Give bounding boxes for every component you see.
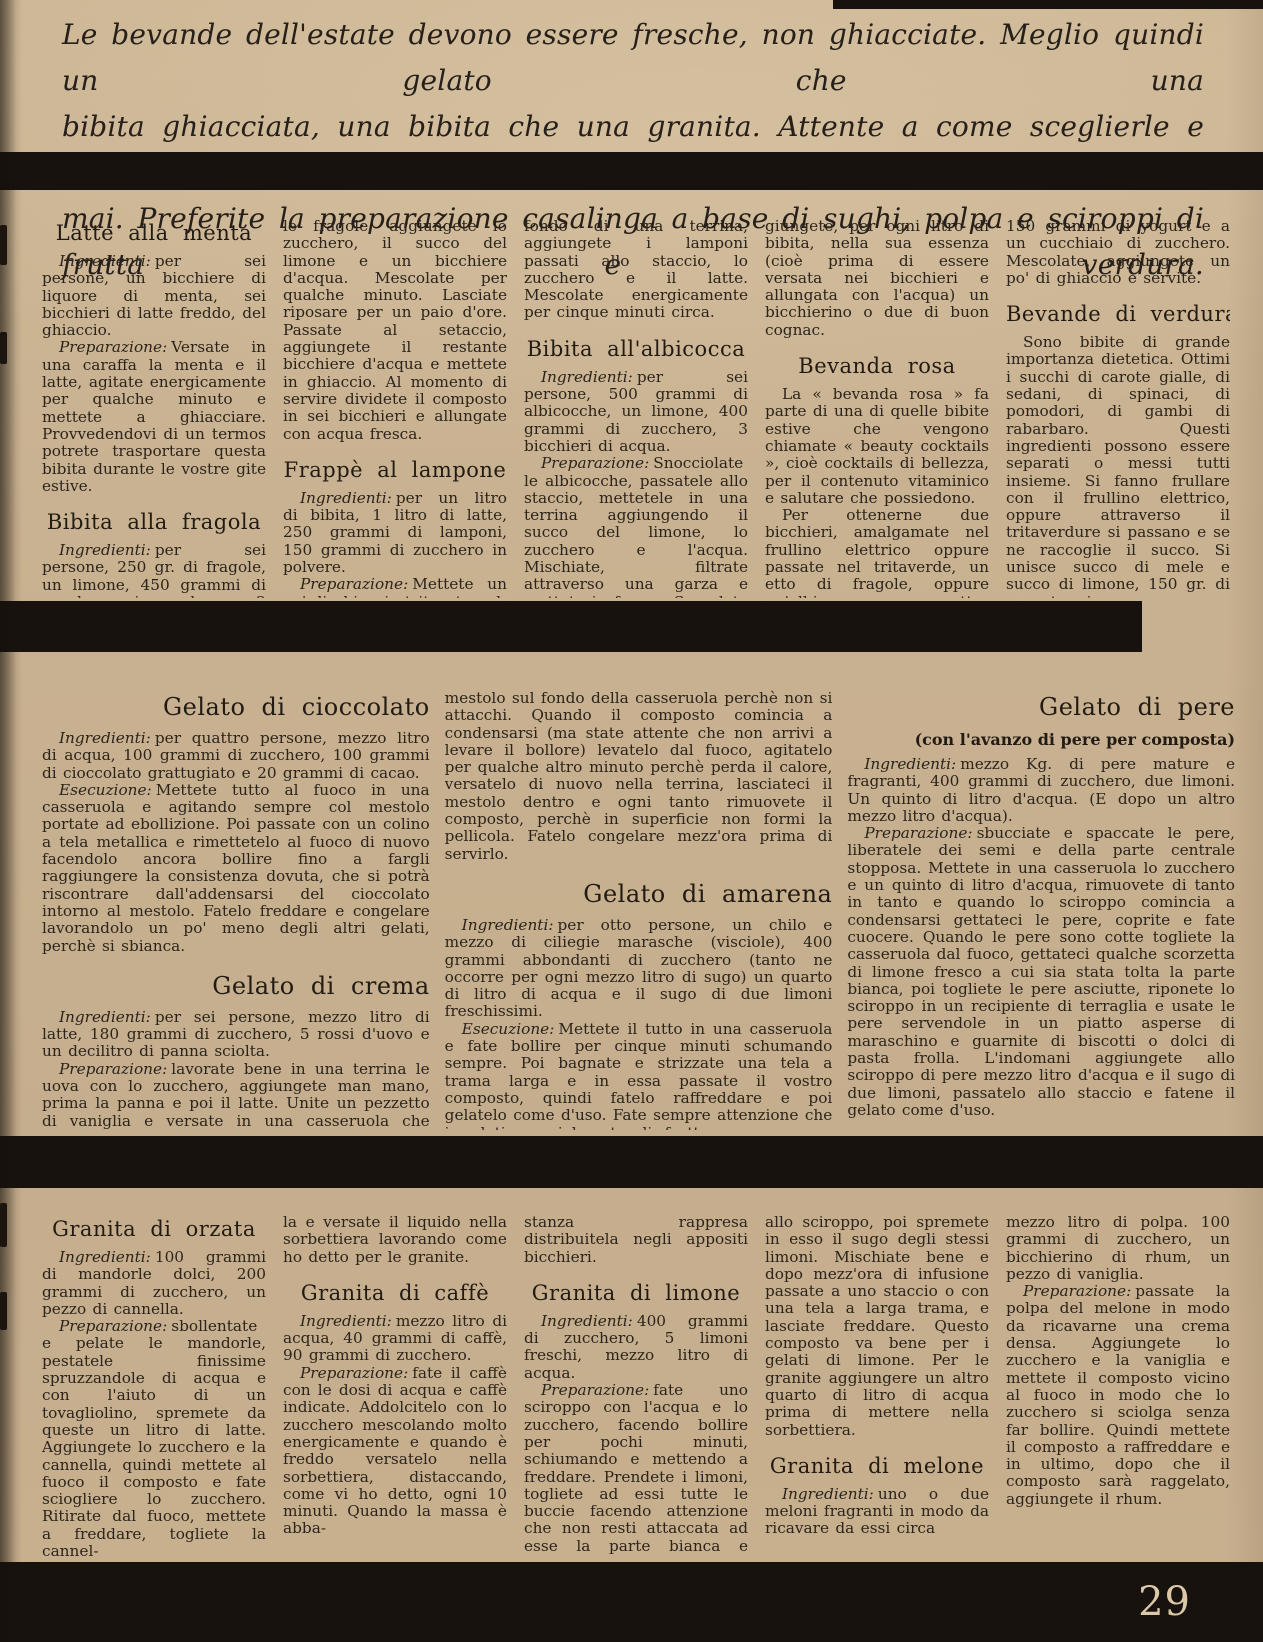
footer-bar: 29 — [0, 1562, 1263, 1642]
paragraph-text: 150 grammi di yogurt e a un cucchiaio di… — [1006, 218, 1230, 287]
text-column: Gelato di pere(con l'avanzo di pere per … — [847, 690, 1235, 1130]
paragraph-lead: Preparazione: — [59, 1060, 171, 1078]
recipe-paragraph: Sono bibite di grande importanza dieteti… — [1006, 334, 1230, 598]
divider-bar-middle-2 — [0, 1136, 1263, 1188]
scan-edge-mark — [0, 1203, 7, 1247]
recipe-paragraph: Preparazione:Mettete un po' di ghiaccio … — [283, 576, 507, 598]
recipe-subtitle: (con l'avanzo di pere per composta) — [847, 730, 1235, 749]
scan-edge-mark — [0, 225, 7, 265]
paragraph-text: Mettete il tutto in una casseruola e fat… — [445, 1020, 833, 1130]
paragraph-text: la e versate il liquido nella sorbettier… — [283, 1214, 507, 1266]
recipe-title: Gelato di crema — [42, 971, 430, 1001]
recipe-paragraph: Per ottenerne due bicchieri, amalgamate … — [765, 507, 989, 598]
page-number: 29 — [1138, 1579, 1191, 1625]
recipe-paragraph: Preparazione:lavorate bene in una terrin… — [42, 1061, 430, 1130]
recipe-paragraph: mezzo litro di polpa. 100 grammi di zucc… — [1006, 1214, 1230, 1283]
recipe-title: Gelato di amarena — [445, 879, 833, 909]
recipe-paragraph: Esecuzione:Mettete tutto al fuoco in una… — [42, 782, 430, 955]
paragraph-text: passate la polpa del melone in modo da r… — [1006, 1282, 1230, 1508]
paragraph-text: stanza rappresa distribuitela negli appo… — [524, 1214, 748, 1266]
recipe-paragraph: Ingredienti:per sei persone, 250 gr. di … — [42, 542, 266, 598]
text-column: giungete, per ogni litro di bibita, nell… — [765, 218, 989, 598]
recipe-paragraph: Ingredienti:per sei persone, un bicchier… — [42, 253, 266, 339]
paragraph-lead: Ingredienti: — [59, 729, 155, 747]
recipe-title: Gelato di pere — [847, 692, 1235, 722]
paragraph-lead: Preparazione: — [541, 454, 653, 472]
paragraph-text: allo sciroppo, poi spremete in esso il s… — [765, 1214, 989, 1439]
recipe-paragraph: Ingredienti:400 grammi di zucchero, 5 li… — [524, 1313, 748, 1382]
recipe-paragraph: Ingredienti:mezzo litro di acqua, 40 gra… — [283, 1313, 507, 1365]
paragraph-text: sbucciate e spaccate le pere, liberatele… — [847, 824, 1235, 1119]
recipe-paragraph: Ingredienti:per quattro persone, mezzo l… — [42, 730, 430, 782]
paragraph-text: fate uno sciroppo con l'acqua e lo zucch… — [524, 1381, 748, 1557]
paragraph-lead: Ingredienti: — [59, 541, 155, 559]
text-column: 150 grammi di yogurt e a un cucchiaio di… — [1006, 218, 1230, 598]
recipe-paragraph: allo sciroppo, poi spremete in esso il s… — [765, 1214, 989, 1439]
recipe-paragraph: giungete, per ogni litro di bibita, nell… — [765, 218, 989, 339]
paragraph-lead: Ingredienti: — [300, 489, 396, 507]
paragraph-text: giungete, per ogni litro di bibita, nell… — [765, 218, 989, 339]
paragraph-lead: Ingredienti: — [462, 916, 558, 934]
recipe-paragraph: Ingredienti:per un litro di bibita, 1 li… — [283, 490, 507, 576]
paragraph-lead: Preparazione: — [300, 575, 412, 593]
paragraph-lead: Esecuzione: — [462, 1020, 559, 1038]
recipe-paragraph: Preparazione:sbollentate e pelate le man… — [42, 1318, 266, 1557]
text-column: Granita di orzataIngredienti:100 grammi … — [42, 1214, 266, 1557]
scan-edge-mark — [833, 0, 1263, 9]
recipe-paragraph: la e versate il liquido nella sorbettier… — [283, 1214, 507, 1266]
paragraph-text: le fragole, aggiungete lo zucchero, il s… — [283, 218, 507, 443]
paragraph-lead: Ingredienti: — [59, 1008, 155, 1026]
text-column: la e versate il liquido nella sorbettier… — [283, 1214, 507, 1557]
divider-bar-middle-1 — [0, 601, 1142, 652]
recipe-paragraph: Esecuzione:Mettete il tutto in una casse… — [445, 1021, 833, 1130]
recipe-paragraph: La « bevanda rosa » fa parte di una di q… — [765, 386, 989, 507]
recipe-paragraph: Preparazione:passate la polpa del melone… — [1006, 1283, 1230, 1508]
paragraph-lead: Ingredienti: — [59, 1248, 155, 1266]
recipe-paragraph: 150 grammi di yogurt e a un cucchiaio di… — [1006, 218, 1230, 287]
paragraph-lead: Ingredienti: — [782, 1485, 878, 1503]
recipe-title: Bibita alla fragola — [42, 509, 266, 535]
recipe-paragraph: le fragole, aggiungete lo zucchero, il s… — [283, 218, 507, 443]
recipe-title: Frappè al lampone — [283, 457, 507, 483]
paragraph-text: La « bevanda rosa » fa parte di una di q… — [765, 385, 989, 507]
paragraph-text: mestolo sul fondo della casseruola perch… — [445, 690, 833, 863]
recipe-paragraph: Preparazione:fate uno sciroppo con l'acq… — [524, 1382, 748, 1557]
recipe-title: Granita di orzata — [42, 1216, 266, 1242]
paragraph-lead: Preparazione: — [300, 1364, 412, 1382]
paragraph-lead: Ingredienti: — [541, 368, 637, 386]
divider-bar-top — [0, 152, 1263, 190]
paragraph-lead: Preparazione: — [1023, 1282, 1135, 1300]
scan-edge-mark — [0, 332, 7, 364]
paragraph-lead: Preparazione: — [59, 1317, 171, 1335]
paragraph-text: sbollentate e pelate le mandorle, pestat… — [42, 1317, 266, 1557]
text-column: Latte alla mentaIngredienti:per sei pers… — [42, 218, 266, 598]
text-column: stanza rappresa distribuitela negli appo… — [524, 1214, 748, 1557]
magazine-page: Le bevande dell'estate devono essere fre… — [0, 0, 1263, 1642]
text-column: mezzo litro di polpa. 100 grammi di zucc… — [1006, 1214, 1230, 1557]
text-column: le fragole, aggiungete lo zucchero, il s… — [283, 218, 507, 598]
recipe-paragraph: fondo di una terrina, aggiungete i lampo… — [524, 218, 748, 322]
recipe-paragraph: Ingredienti:100 grammi di mandorle dolci… — [42, 1249, 266, 1318]
paragraph-text: Versate in una caraffa la menta e il lat… — [42, 338, 266, 494]
paragraph-text: Per ottenerne due bicchieri, amalgamate … — [765, 506, 989, 598]
scan-edge-mark — [0, 1292, 7, 1330]
paragraph-text: Mettete tutto al fuoco in una casseruola… — [42, 781, 430, 955]
paragraph-lead: Ingredienti: — [541, 1312, 637, 1330]
paragraph-lead: Preparazione: — [541, 1381, 653, 1399]
recipe-paragraph: Preparazione:sbucciate e spaccate le per… — [847, 825, 1235, 1119]
text-column: fondo di una terrina, aggiungete i lampo… — [524, 218, 748, 598]
paragraph-lead: Esecuzione: — [59, 781, 156, 799]
recipe-title: Bevanda rosa — [765, 353, 989, 379]
paragraph-text: fondo di una terrina, aggiungete i lampo… — [524, 218, 748, 321]
paragraph-lead: Preparazione: — [59, 338, 171, 356]
paragraph-lead: Preparazione: — [864, 824, 976, 842]
recipe-paragraph: Preparazione:Versate in una caraffa la m… — [42, 339, 266, 495]
recipe-paragraph: mestolo sul fondo della casseruola perch… — [445, 690, 833, 863]
recipe-title: Granita di caffè — [283, 1280, 507, 1306]
paragraph-lead: Ingredienti: — [864, 755, 960, 773]
recipe-paragraph: stanza rappresa distribuitela negli appo… — [524, 1214, 748, 1266]
recipe-title: Latte alla menta — [42, 220, 266, 246]
text-column: Gelato di cioccolatoIngredienti:per quat… — [42, 690, 430, 1130]
paragraph-text: mezzo litro di polpa. 100 grammi di zucc… — [1006, 1214, 1230, 1283]
paragraph-text: fate il caffè con le dosi di acqua e caf… — [283, 1364, 507, 1538]
section-gelati: Gelato di cioccolatoIngredienti:per quat… — [42, 690, 1235, 1130]
paragraph-text: Snocciolate le albicocche, passatele all… — [524, 454, 748, 598]
recipe-paragraph: Preparazione:Snocciolate le albicocche, … — [524, 455, 748, 598]
recipe-paragraph: Ingredienti:per sei persone, mezzo litro… — [42, 1009, 430, 1061]
intro-line: Le bevande dell'estate devono essere fre… — [62, 12, 1204, 104]
section-bevande: Latte alla mentaIngredienti:per sei pers… — [42, 218, 1230, 598]
section-granite: Granita di orzataIngredienti:100 grammi … — [42, 1214, 1230, 1557]
recipe-title: Gelato di cioccolato — [42, 692, 430, 722]
text-column: allo sciroppo, poi spremete in esso il s… — [765, 1214, 989, 1557]
recipe-paragraph: Preparazione:fate il caffè con le dosi d… — [283, 1365, 507, 1538]
recipe-paragraph: Ingredienti:uno o due meloni fragranti i… — [765, 1486, 989, 1538]
recipe-title: Bibita all'albicocca — [524, 336, 748, 362]
paragraph-lead: Ingredienti: — [300, 1312, 396, 1330]
paragraph-text: Sono bibite di grande importanza dieteti… — [1006, 333, 1230, 598]
recipe-paragraph: Ingredienti:mezzo Kg. di pere mature e f… — [847, 756, 1235, 825]
paragraph-lead: Ingredienti: — [59, 252, 155, 270]
recipe-paragraph: Ingredienti:per sei persone, 500 grammi … — [524, 369, 748, 455]
recipe-title: Bevande di verdura — [1006, 301, 1230, 327]
recipe-paragraph: Ingredienti:per otto persone, un chilo e… — [445, 917, 833, 1021]
recipe-title: Granita di limone — [524, 1280, 748, 1306]
recipe-title: Granita di melone — [765, 1453, 989, 1479]
text-column: mestolo sul fondo della casseruola perch… — [445, 690, 833, 1130]
